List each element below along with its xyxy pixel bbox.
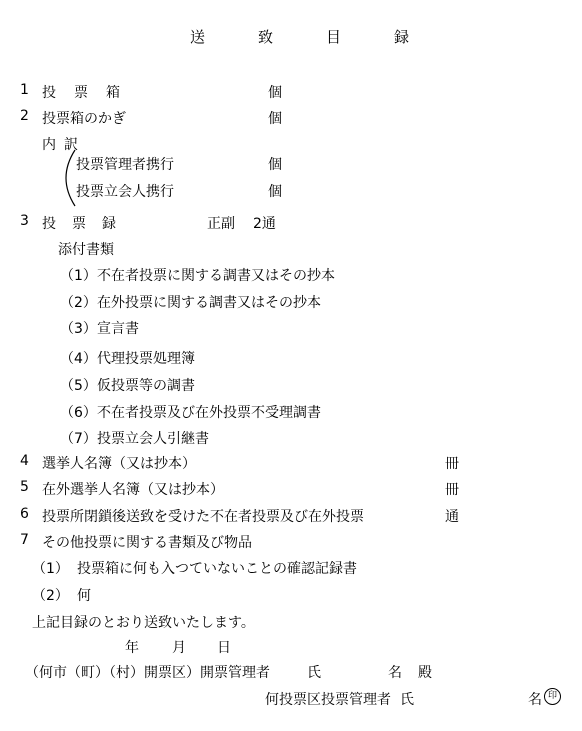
item-number: 1: [20, 82, 29, 98]
item-unit: 冊: [445, 479, 459, 499]
attachment-row-3: （3） 宣言書: [0, 318, 582, 338]
recipient-name-label2: 名: [388, 662, 402, 682]
attachments-header: 添付書類: [58, 239, 114, 259]
item-unit: 個: [268, 82, 282, 102]
item-row-4: 4 選挙人名簿（又は抄本） 冊: [0, 453, 582, 473]
seal-icon: 印: [544, 688, 561, 705]
item-number: 5: [20, 479, 29, 495]
recipient-name-label: 氏: [307, 662, 321, 682]
attachment-label: 仮投票等の調書: [97, 375, 195, 395]
attachment-number: （6）: [60, 402, 97, 422]
closing-statement: 上記目録のとおり送致いたします。: [32, 612, 255, 632]
breakdown-unit: 個: [268, 154, 282, 174]
attachment-row-1: （1） 不在者投票に関する調書又はその抄本: [0, 265, 582, 285]
closing-statement-line: 上記目録のとおり送致いたします。: [0, 612, 582, 632]
copies-count: 2通: [253, 213, 276, 233]
attachments-header-line: 添付書類: [0, 239, 582, 259]
document-page: 送致目録 1 投票箱 個 2 投票箱のかぎ 個 内訳 投票管理者携行 個 投票立…: [0, 0, 582, 731]
item-row-5: 5 在外選挙人名簿（又は抄本） 冊: [0, 479, 582, 499]
item-unit: 通: [445, 506, 459, 526]
recipient-line: （何市（町）（村）開票区）開票管理者 氏 名 殿: [0, 662, 582, 682]
item7-sub-row-1: （1） 投票箱に何も入つていないことの確認記録書: [0, 558, 582, 578]
sub-number: （2）: [32, 585, 69, 605]
attachment-number: （3）: [60, 318, 97, 338]
breakdown-row-2: 投票立会人携行 個: [0, 181, 582, 201]
breakdown-label: 投票立会人携行: [76, 181, 174, 201]
attachment-label: 不在者投票及び在外投票不受理調書: [97, 402, 321, 422]
item-number: 7: [20, 532, 29, 548]
item-label: 在外選挙人名簿（又は抄本）: [42, 479, 224, 499]
title-line: 送致目録: [0, 26, 582, 46]
breakdown-header-line: 内訳: [0, 134, 582, 154]
breakdown-row-1: 投票管理者携行 個: [0, 154, 582, 174]
item-number: 3: [20, 213, 29, 229]
item-row-2: 2 投票箱のかぎ 個: [0, 108, 582, 128]
item-row-7: 7 その他投票に関する書類及び物品: [0, 532, 582, 552]
attachment-number: （4）: [60, 348, 97, 368]
date-year-label: 年: [125, 637, 139, 657]
breakdown-label: 投票管理者携行: [76, 154, 174, 174]
attachment-row-2: （2） 在外投票に関する調書又はその抄本: [0, 292, 582, 312]
item-label: その他投票に関する書類及び物品: [42, 532, 252, 552]
copies-label: 正副: [207, 213, 235, 233]
sender-name-label: 氏: [400, 689, 414, 709]
attachment-row-6: （6） 不在者投票及び在外投票不受理調書: [0, 402, 582, 422]
attachment-number: （2）: [60, 292, 97, 312]
date-day-label: 日: [217, 637, 231, 657]
breakdown-unit: 個: [268, 181, 282, 201]
item-row-3: 3 投票録 正副 2通: [0, 213, 582, 233]
attachment-row-5: （5） 仮投票等の調書: [0, 375, 582, 395]
attachment-row-4: （4） 代理投票処理簿: [0, 348, 582, 368]
attachment-row-7: （7） 投票立会人引継書: [0, 428, 582, 448]
sender-line: 何投票区投票管理者 氏 名 印: [0, 689, 582, 709]
sub-label: 投票箱に何も入つていないことの確認記録書: [77, 558, 357, 578]
recipient-title: （何市（町）（村）開票区）開票管理者: [25, 662, 270, 682]
item-number: 2: [20, 108, 29, 124]
attachment-number: （7）: [60, 428, 97, 448]
sender-title: 何投票区投票管理者: [265, 689, 391, 709]
item-label: 投票箱のかぎ: [42, 108, 126, 128]
attachment-label: 宣言書: [97, 318, 139, 338]
date-line: 年 月 日: [0, 637, 582, 657]
attachment-number: （5）: [60, 375, 97, 395]
attachment-label: 不在者投票に関する調書又はその抄本: [97, 265, 335, 285]
item-label: 投票録: [42, 213, 132, 233]
item-row-1: 1 投票箱 個: [0, 82, 582, 102]
attachment-label: 在外投票に関する調書又はその抄本: [97, 292, 321, 312]
sub-label: 何: [77, 585, 91, 605]
sub-number: （1）: [32, 558, 69, 578]
page-title: 送致目録: [190, 26, 462, 47]
item-number: 4: [20, 453, 29, 469]
item-unit: 個: [268, 108, 282, 128]
attachment-label: 投票立会人引継書: [97, 428, 209, 448]
attachment-number: （1）: [60, 265, 97, 285]
item-label: 投票箱: [42, 82, 138, 102]
item-number: 6: [20, 506, 29, 522]
attachment-label: 代理投票処理簿: [97, 348, 195, 368]
item-label: 選挙人名簿（又は抄本）: [42, 453, 196, 473]
item-row-6: 6 投票所閉鎖後送致を受けた不在者投票及び在外投票 通: [0, 506, 582, 526]
item-label: 投票所閉鎖後送致を受けた不在者投票及び在外投票: [42, 506, 364, 526]
sender-name-label2: 名: [528, 689, 542, 709]
item7-sub-row-2: （2） 何: [0, 585, 582, 605]
recipient-honorific: 殿: [418, 662, 432, 682]
item-unit: 冊: [445, 453, 459, 473]
date-month-label: 月: [172, 637, 186, 657]
